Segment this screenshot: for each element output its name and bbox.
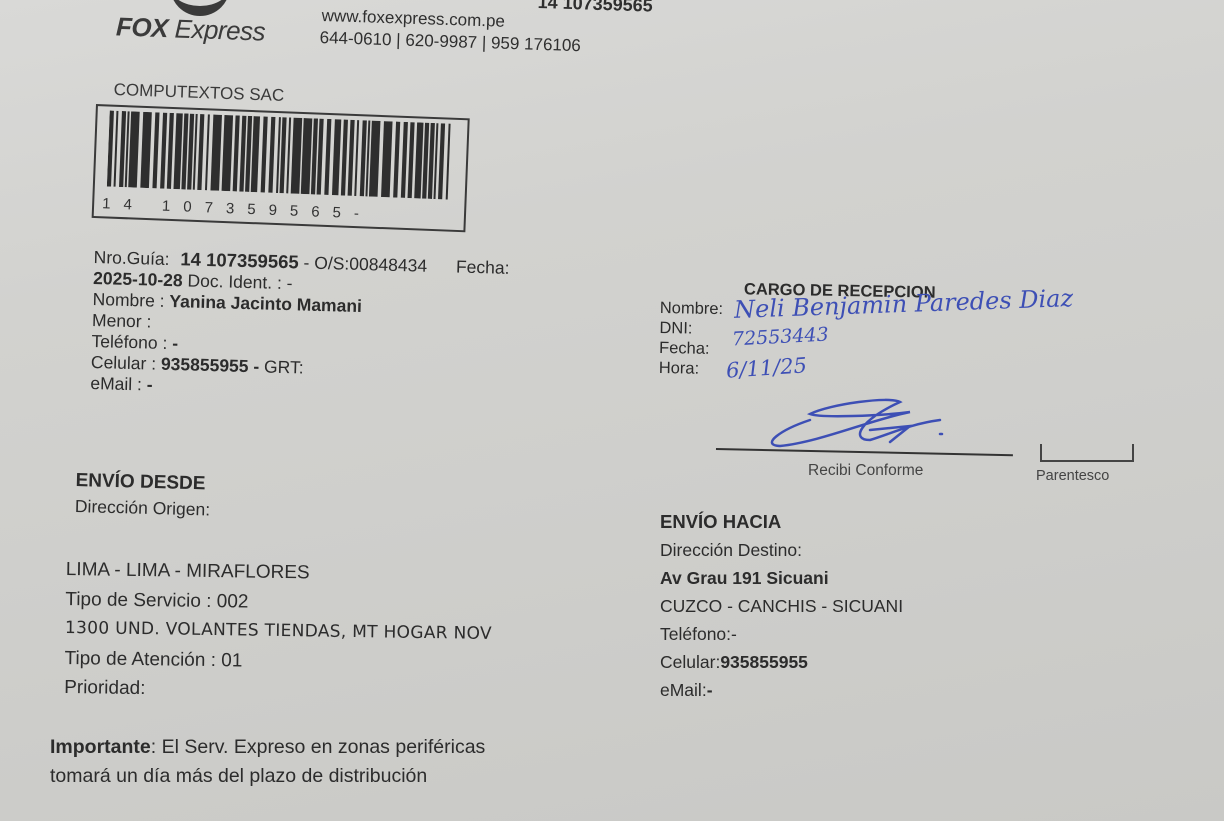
relationship-label: Parentesco [1036, 468, 1109, 484]
handwritten-date: 6/11/25 [725, 353, 807, 383]
date-value: 2025-10-28 [93, 268, 183, 290]
origin-address-label: Dirección Origen: [75, 492, 211, 525]
mobile-value: 935855955 - [161, 354, 260, 377]
destination-email-label: eMail: [660, 680, 707, 700]
brand-name-bold: FOX [116, 11, 169, 43]
destination-mobile: 935855955 [720, 652, 808, 672]
cargo-fields: Nombre: DNI: Fecha: Hora: [659, 298, 724, 379]
destination-address: Av Grau 191 Sicuani [660, 564, 903, 592]
email-label: eMail : [90, 373, 147, 394]
phones: 644-0610 | 620-9987 | 959 176106 [319, 28, 581, 56]
note-label: Importante [50, 736, 151, 758]
destination-mobile-label: Celular: [660, 652, 720, 672]
website: www.foxexpress.com.pe [321, 6, 505, 32]
handwritten-dni: 72553443 [731, 323, 829, 350]
cargo-dni-row: DNI: [659, 318, 723, 339]
grt-label: GRT: [259, 356, 304, 377]
barcode-digits: 14 107359565- [102, 195, 452, 225]
email-value: - [147, 374, 153, 394]
destination-title: ENVÍO HACIA [660, 508, 903, 536]
guide-number: 14 107359565 [180, 248, 299, 272]
destination-email-row: eMail:- [660, 676, 903, 704]
recipient-name: Yanina Jacinto Mamani [169, 291, 362, 316]
guide-info: Nro.Guía: 14 107359565 - O/S:00848434 Fe… [90, 246, 510, 405]
mobile-label: Celular : [91, 352, 162, 374]
name-label: Nombre : [92, 289, 169, 311]
important-note: Importante: El Serv. Expreso en zonas pe… [50, 733, 485, 791]
cargo-date-label: Fecha: [659, 339, 710, 358]
barcode-bars [107, 111, 456, 200]
relationship-box [1040, 444, 1134, 462]
note-line-2: tomará un día más del plazo de distribuc… [50, 762, 485, 791]
guide-number-top: 14 107359565 [537, 0, 653, 17]
destination-mobile-row: Celular:935855955 [660, 648, 903, 676]
destination-address-label: Dirección Destino: [660, 536, 903, 564]
signature-icon [760, 390, 960, 450]
phone-label: Teléfono : [91, 331, 172, 353]
cargo-date-row: Fecha: [659, 338, 723, 359]
note-line-1: Importante: El Serv. Expreso en zonas pe… [50, 733, 485, 762]
date-label: Fecha: [456, 256, 510, 277]
destination-location: CUZCO - CANCHIS - SICUANI [660, 592, 903, 620]
origin-details: LIMA - LIMA - MIRAFLORES Tipo de Servici… [64, 555, 493, 708]
cargo-dni-label: DNI: [659, 319, 692, 338]
cargo-name-row: Nombre: [660, 298, 724, 319]
doc-ident: Doc. Ident. : - [182, 270, 292, 293]
received-label: Recibi Conforme [808, 462, 923, 480]
barcode: 14 107359565- [92, 104, 470, 232]
origin-section: ENVÍO DESDE Dirección Origen: [75, 466, 212, 525]
brand-name-rest: Express [167, 13, 265, 46]
note-text-1: : El Serv. Expreso en zonas periféricas [151, 736, 486, 758]
cargo-time-label: Hora: [659, 359, 700, 378]
sender-company: COMPUTEXTOS SAC [113, 80, 284, 106]
phone-value: - [172, 333, 178, 353]
brand-logo: FOX Express [116, 11, 266, 47]
priority: Prioridad: [64, 673, 491, 708]
cargo-time-row: Hora: [659, 358, 723, 379]
destination-phone: Teléfono:- [660, 620, 903, 648]
cargo-name-label: Nombre: [660, 299, 724, 318]
destination-email: - [707, 680, 713, 700]
destination-section: ENVÍO HACIA Dirección Destino: Av Grau 1… [660, 508, 903, 704]
order-service: - O/S:00848434 [303, 252, 427, 275]
guide-number-label: Nro.Guía: [93, 247, 169, 269]
